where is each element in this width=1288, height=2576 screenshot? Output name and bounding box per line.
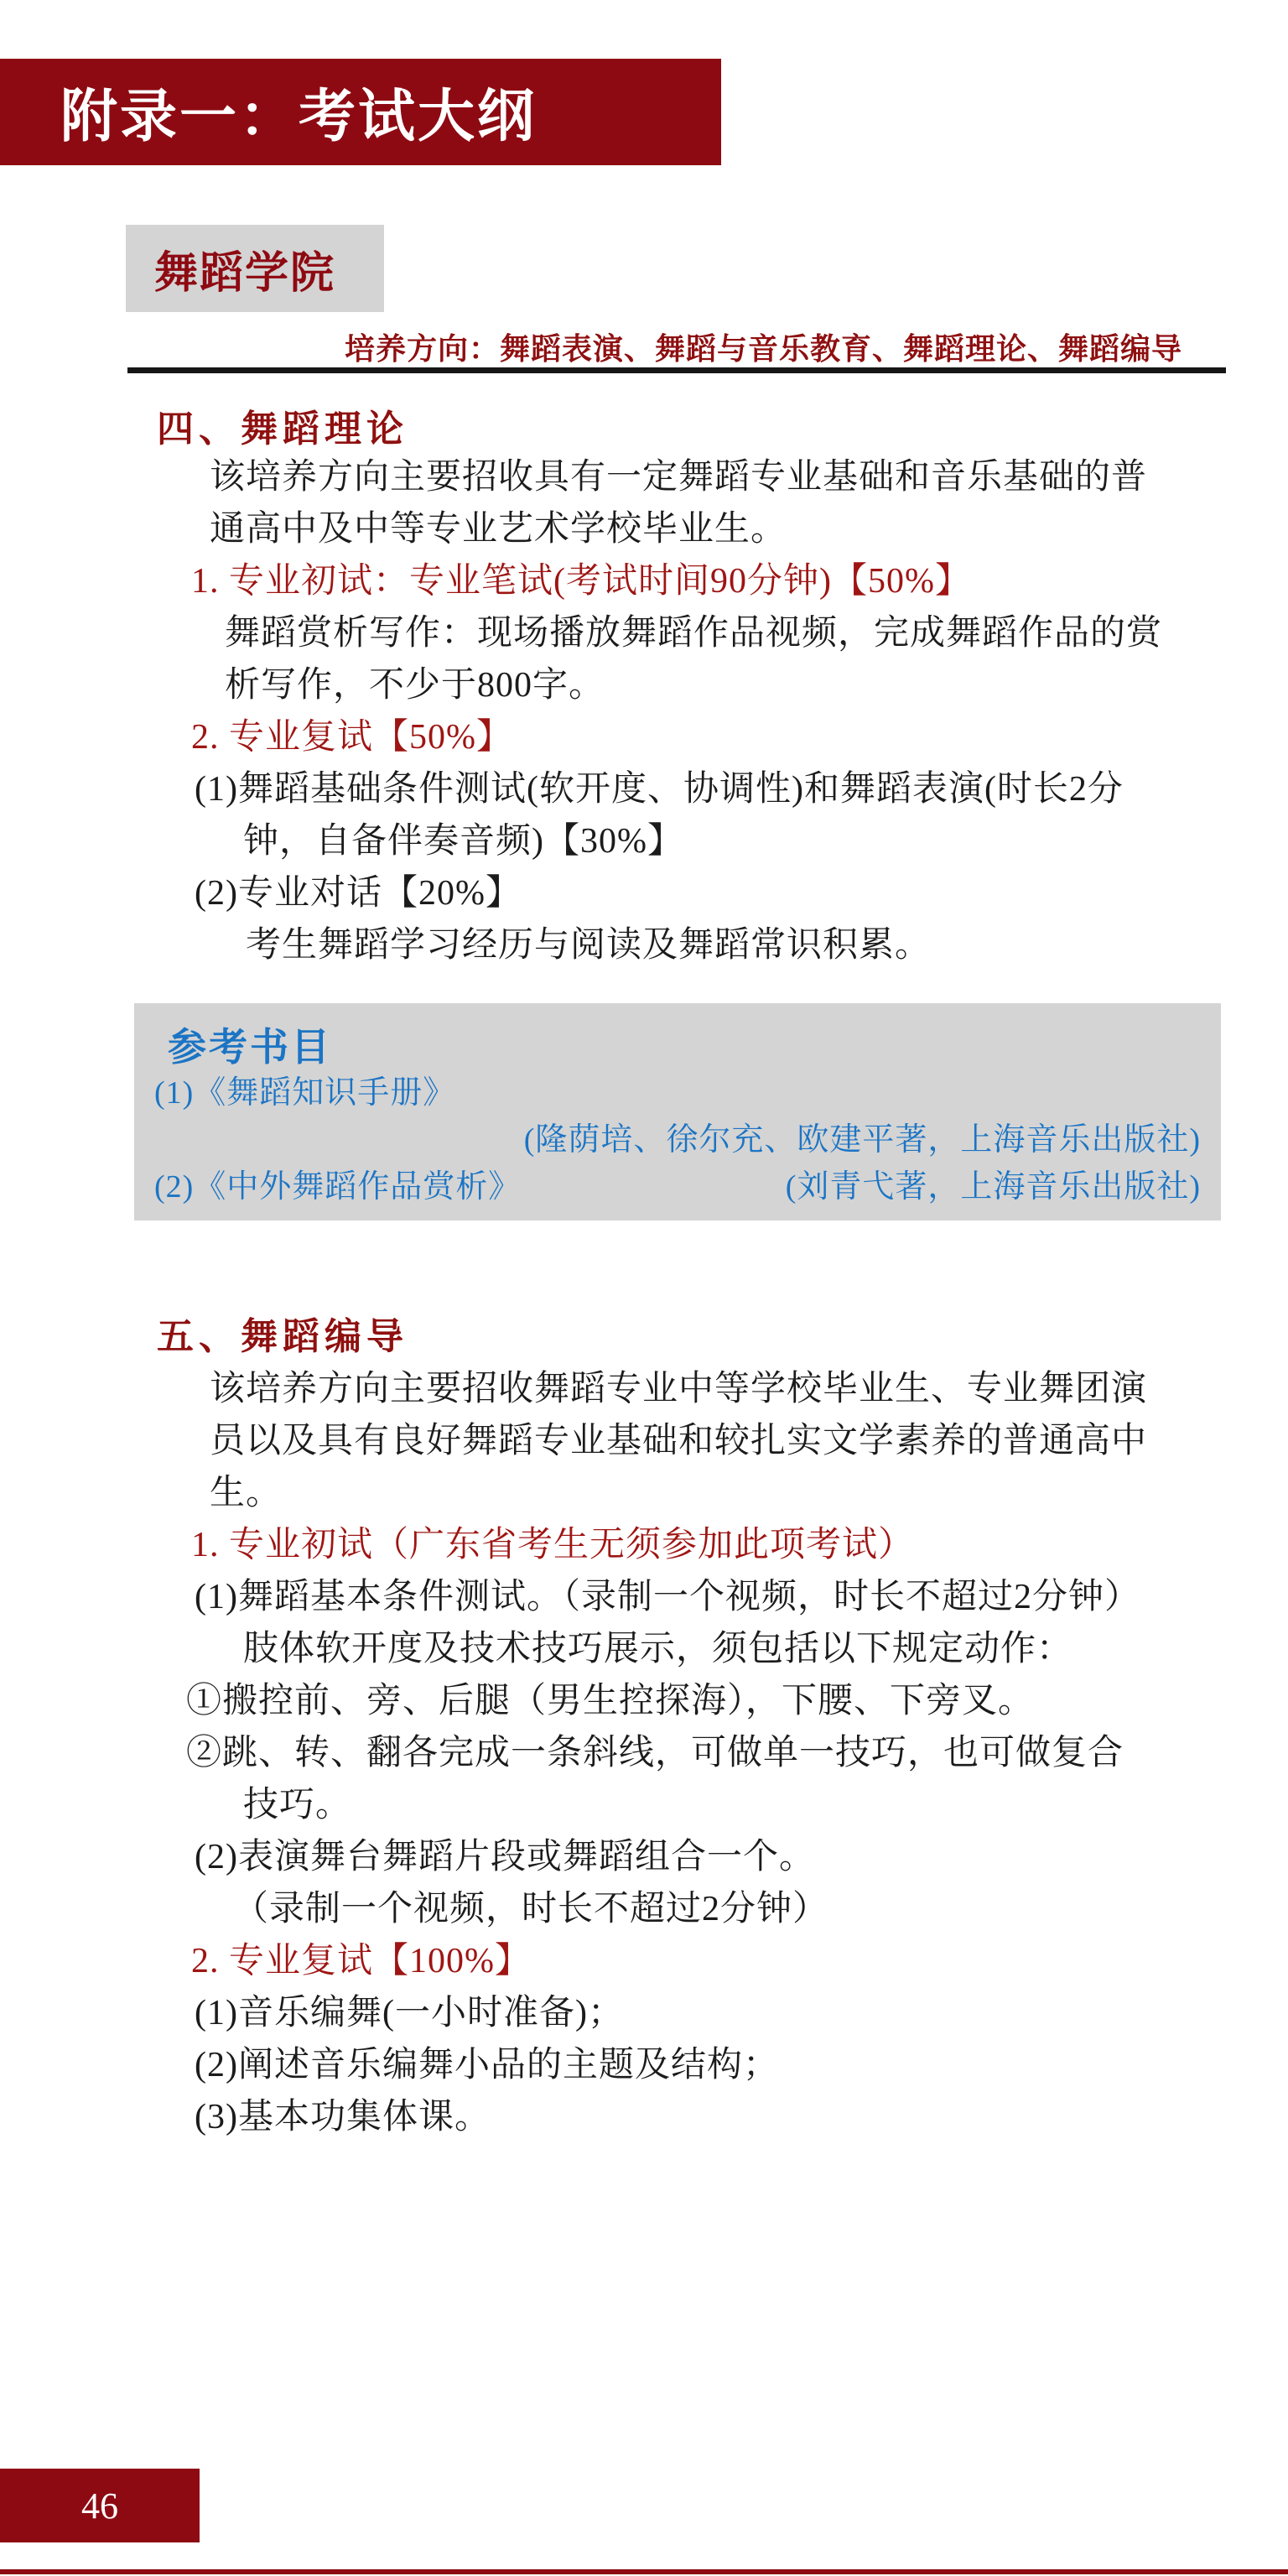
training-directions: 培养方向：舞蹈表演、舞蹈与音乐教育、舞蹈理论、舞蹈编导 [345,325,1182,368]
s4-line-5: 2. 专业复试【50%】 [191,717,512,757]
s5-line-3: 1. 专业初试（广东省考生无须参加此项考试） [191,1525,914,1565]
s4-line-9: 考生舞蹈学习经历与阅读及舞蹈常识积累。 [246,925,931,965]
s5-line-12: (1)音乐编舞(一小时准备)； [195,1993,624,2033]
department-name: 舞蹈学院 [126,237,335,300]
document-page: 附录一：考试大纲 舞蹈学院 培养方向：舞蹈表演、舞蹈与音乐教育、舞蹈理论、舞蹈编… [0,0,1288,2576]
s5-line-10: （录制一个视频，时长不超过2分钟） [233,1889,828,1929]
reference-item-2-authors: (刘青弋著，上海音乐出版社) [786,1169,1201,1206]
reference-item-1-authors: (隆荫培、徐尔充、欧建平著，上海音乐出版社) [524,1122,1201,1159]
reference-item-1-title: (1)《舞蹈知识手册》 [154,1075,455,1112]
s4-line-6: (1)舞蹈基础条件测试(软开度、协调性)和舞蹈表演(时长2分 [195,769,1124,809]
header-divider-rule [127,367,1226,373]
footer-rule [0,2569,1288,2574]
appendix-banner: 附录一：考试大纲 [0,59,721,165]
s5-line-0: 该培养方向主要招收舞蹈专业中等学校毕业生、专业舞团演 [210,1369,1147,1409]
s4-line-4: 析写作，不少于800字。 [225,665,605,705]
s5-line-7: ②跳、转、翻各完成一条斜线，可做单一技巧，也可做复合 [186,1733,1124,1773]
s5-line-14: (3)基本功集体课。 [195,2097,491,2137]
page-number: 46 [81,2485,118,2527]
s5-line-2: 生。 [210,1473,282,1513]
s5-line-5: 肢体软开度及技术技巧展示，须包括以下规定动作： [243,1629,1072,1669]
s4-line-7: 钟，自备伴奏音频)【30%】 [243,821,683,861]
s5-line-13: (2)阐述音乐编舞小品的主题及结构； [195,2045,779,2085]
department-box: 舞蹈学院 [126,225,384,312]
s5-line-1: 员以及具有良好舞蹈专业基础和较扎实文学素养的普通高中 [210,1421,1147,1461]
s5-line-9: (2)表演舞台舞蹈片段或舞蹈组合一个。 [195,1837,815,1877]
s4-line-2: 1. 专业初试：专业笔试(考试时间90分钟)【50%】 [191,561,971,601]
page-number-box: 46 [0,2469,200,2542]
section-4-heading: 四、舞蹈理论 [157,409,408,450]
section-5-heading: 五、舞蹈编导 [157,1317,408,1357]
reference-books-title: 参考书目 [168,1017,332,1072]
s4-line-3: 舞蹈赏析写作：现场播放舞蹈作品视频，完成舞蹈作品的赏 [225,613,1162,653]
s4-line-0: 该培养方向主要招收具有一定舞蹈专业基础和音乐基础的普 [210,457,1147,497]
s5-line-4: (1)舞蹈基本条件测试。（录制一个视频，时长不超过2分钟） [195,1577,1140,1617]
s4-line-8: (2)专业对话【20%】 [195,873,522,913]
s4-line-1: 通高中及中等专业艺术学校毕业生。 [210,509,787,549]
s5-line-8: 技巧。 [243,1785,351,1825]
s5-line-6: ①搬控前、旁、后腿（男生控探海），下腰、下旁叉。 [186,1681,1034,1721]
reference-item-2-title: (2)《中外舞蹈作品赏析》 [154,1169,521,1206]
s5-line-11: 2. 专业复试【100%】 [191,1941,531,1981]
appendix-banner-title: 附录一：考试大纲 [0,71,537,153]
